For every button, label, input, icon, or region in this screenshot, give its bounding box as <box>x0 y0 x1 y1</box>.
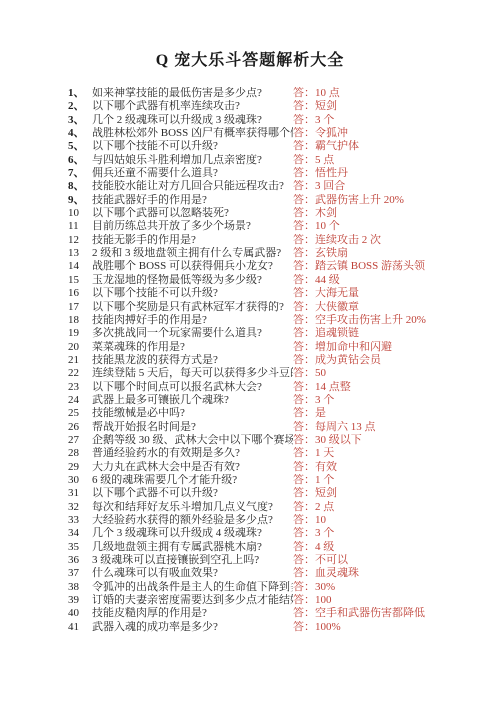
qa-answer: 答：空手和武器伤害都降低 <box>293 607 425 620</box>
qa-answer: 答：2 点 <box>293 501 334 514</box>
qa-number: 14 <box>68 260 92 273</box>
qa-row: 35 几级地盘领主拥有专属武器桃木扇? 答：4 级 <box>68 541 480 554</box>
answer-prefix: 答： <box>293 341 315 353</box>
qa-answer: 答：霸气护体 <box>293 140 359 153</box>
qa-question: 6 级的魂珠需要几个才能升级? <box>92 474 293 487</box>
answer-value: 悟性丹 <box>315 167 348 179</box>
answer-prefix: 答： <box>293 274 315 286</box>
qa-question: 以下哪个技能不可以升级? <box>92 140 293 153</box>
answer-prefix: 答： <box>293 260 315 272</box>
qa-answer: 答：30 级以下 <box>293 434 362 447</box>
qa-answer: 答：大海无量 <box>293 287 359 300</box>
qa-row: 17 以下哪个奖励是只有武林冠军才获得的? 答：大侠徽章 <box>68 301 480 314</box>
qa-answer: 答：玄铁扇 <box>293 247 348 260</box>
qa-number: 37 <box>68 567 92 580</box>
qa-number: 10 <box>68 207 92 220</box>
qa-question: 战胜哪个 BOSS 可以获得佣兵小龙女? <box>92 260 293 273</box>
qa-row: 15 玉龙湿地的怪物最低等级为多少级? 答：44 级 <box>68 274 480 287</box>
qa-answer: 答：踏云镇 BOSS 游荡头领 <box>293 260 425 273</box>
qa-question: 以下哪个武器有机率连续攻击? <box>92 100 293 113</box>
answer-prefix: 答： <box>293 607 315 619</box>
qa-question: 以下哪个武器可以忽略装死? <box>92 207 293 220</box>
qa-answer: 答：1 天 <box>293 447 334 460</box>
qa-row: 40 技能皮糙肉厚的作用是? 答：空手和武器伤害都降低 <box>68 607 480 620</box>
answer-prefix: 答： <box>293 207 315 219</box>
qa-row: 8、 技能胶水能让对方几回合只能远程攻击? 答：3 回合 <box>68 180 480 193</box>
qa-question: 以下哪个时间点可以报名武林大会? <box>92 381 293 394</box>
answer-prefix: 答： <box>293 354 315 366</box>
qa-question: 连续登陆 5 天后，每天可以获得多少斗豆的奖励? <box>92 367 293 380</box>
answer-value: 30% <box>315 581 335 593</box>
qa-question: 技能黑龙波的获得方式是? <box>92 354 293 367</box>
qa-question: 令狐冲的出战条件是主人的生命值下降到多少以 <box>92 581 293 594</box>
answer-value: 短剑 <box>315 487 337 499</box>
answer-value: 1 天 <box>315 447 334 459</box>
qa-answer: 答：连续攻击 2 次 <box>293 234 381 247</box>
qa-row: 38 令狐冲的出战条件是主人的生命值下降到多少以 答：30% <box>68 581 480 594</box>
answer-value: 3 回合 <box>315 180 345 192</box>
qa-answer: 答：3 回合 <box>293 180 345 193</box>
qa-answer: 答：血灵魂珠 <box>293 567 359 580</box>
answer-value: 血灵魂珠 <box>315 567 359 579</box>
answer-value: 玄铁扇 <box>315 247 348 259</box>
qa-row: 26 帮战开始报名时间是? 答：每周六 13 点 <box>68 421 480 434</box>
answer-prefix: 答： <box>293 461 315 473</box>
qa-question: 以下哪个武器不可以升级? <box>92 487 293 500</box>
answer-prefix: 答： <box>293 447 315 459</box>
qa-question: 战胜林松郊外 BOSS 凶尸有概率获得哪个佣兵? <box>92 127 293 140</box>
qa-row: 31 以下哪个武器不可以升级? 答：短剑 <box>68 487 480 500</box>
qa-row: 39 订婚的夫妻亲密度需要达到多少点才能结婚? 答：100 <box>68 594 480 607</box>
qa-answer: 答：令狐冲 <box>293 127 348 140</box>
qa-question: 武器入魂的成功率是多少? <box>92 621 293 634</box>
qa-answer: 答：50 <box>293 367 326 380</box>
qa-answer: 答：大侠徽章 <box>293 301 359 314</box>
qa-answer: 答：追魂锁链 <box>293 327 359 340</box>
qa-row: 7、 佣兵还童不需要什么道具? 答：悟性丹 <box>68 167 480 180</box>
qa-question: 订婚的夫妻亲密度需要达到多少点才能结婚? <box>92 594 293 607</box>
answer-value: 3 个 <box>315 114 334 126</box>
qa-question: 菜菜魂珠的作用是? <box>92 341 293 354</box>
qa-question: 普通经验药水的有效期是多久? <box>92 447 293 460</box>
answer-value: 2 点 <box>315 501 334 513</box>
answer-value: 有效 <box>315 461 337 473</box>
qa-question: 帮战开始报名时间是? <box>92 421 293 434</box>
answer-value: 空手和武器伤害都降低 <box>315 607 425 619</box>
qa-question: 技能肉搏好手的作用是? <box>92 314 293 327</box>
qa-question: 武器上最多可镶嵌几个魂珠? <box>92 394 293 407</box>
answer-prefix: 答： <box>293 621 315 633</box>
qa-row: 37 什么魂珠可以有吸血效果? 答：血灵魂珠 <box>68 567 480 580</box>
answer-prefix: 答： <box>293 114 315 126</box>
qa-question: 以下哪个奖励是只有武林冠军才获得的? <box>92 301 293 314</box>
qa-question: 什么魂珠可以有吸血效果? <box>92 567 293 580</box>
qa-number: 34 <box>68 527 92 540</box>
qa-number: 11 <box>68 220 92 233</box>
qa-row: 10 以下哪个武器可以忽略装死? 答：木剑 <box>68 207 480 220</box>
answer-prefix: 答： <box>293 247 315 259</box>
qa-number: 28 <box>68 447 92 460</box>
qa-answer: 答：不可以 <box>293 554 348 567</box>
answer-prefix: 答： <box>293 154 315 166</box>
qa-row: 14 战胜哪个 BOSS 可以获得佣兵小龙女? 答：踏云镇 BOSS 游荡头领 <box>68 260 480 273</box>
qa-question: 技能武器好手的作用是? <box>92 194 293 207</box>
answer-prefix: 答： <box>293 301 315 313</box>
qa-question: 技能胶水能让对方几回合只能远程攻击? <box>92 180 293 193</box>
answer-prefix: 答： <box>293 434 315 446</box>
qa-row: 27 企鹅等级 30 级、武林大会中以下哪个赛场不能报名 答：30 级以下 <box>68 434 480 447</box>
answer-value: 成为黄钻会员 <box>315 354 381 366</box>
answer-prefix: 答： <box>293 234 315 246</box>
qa-number: 4、 <box>68 127 92 140</box>
answer-value: 令狐冲 <box>315 127 348 139</box>
qa-number: 15 <box>68 274 92 287</box>
qa-question: 大力丸在武林大会中是否有效? <box>92 461 293 474</box>
qa-question: 如来神掌技能的最低伤害是多少点? <box>92 87 293 100</box>
qa-answer: 答：悟性丹 <box>293 167 348 180</box>
qa-row: 22 连续登陆 5 天后，每天可以获得多少斗豆的奖励? 答：50 <box>68 367 480 380</box>
answer-value: 不可以 <box>315 554 348 566</box>
qa-number: 36 <box>68 554 92 567</box>
qa-question: 几个 3 级魂珠可以升级成 4 级魂珠? <box>92 527 293 540</box>
qa-number: 30 <box>68 474 92 487</box>
qa-answer: 答：100% <box>293 621 341 634</box>
qa-number: 18 <box>68 314 92 327</box>
answer-value: 4 级 <box>315 541 334 553</box>
qa-number: 27 <box>68 434 92 447</box>
qa-row: 13 2 级和 3 级地盘领主拥有什么专属武器? 答：玄铁扇 <box>68 247 480 260</box>
answer-prefix: 答： <box>293 394 315 406</box>
qa-number: 3、 <box>68 114 92 127</box>
qa-answer: 答：14 点整 <box>293 381 351 394</box>
qa-row: 30 6 级的魂珠需要几个才能升级? 答：1 个 <box>68 474 480 487</box>
qa-row: 36 3 级魂珠可以直接镶嵌到空孔上吗? 答：不可以 <box>68 554 480 567</box>
answer-value: 空手攻击伤害上升 20% <box>315 314 426 326</box>
answer-value: 50 <box>315 367 326 379</box>
answer-value: 100 <box>315 594 332 606</box>
answer-prefix: 答： <box>293 474 315 486</box>
qa-row: 11 目前历练总共开放了多少个场景? 答：10 个 <box>68 220 480 233</box>
answer-value: 连续攻击 2 次 <box>315 234 381 246</box>
qa-number: 8、 <box>68 180 92 193</box>
qa-number: 41 <box>68 621 92 634</box>
answer-prefix: 答： <box>293 314 315 326</box>
qa-question: 2 级和 3 级地盘领主拥有什么专属武器? <box>92 247 293 260</box>
qa-answer: 答：成为黄钻会员 <box>293 354 381 367</box>
qa-number: 26 <box>68 421 92 434</box>
qa-number: 24 <box>68 394 92 407</box>
answer-prefix: 答： <box>293 220 315 232</box>
qa-question: 玉龙湿地的怪物最低等级为多少级? <box>92 274 293 287</box>
qa-question: 企鹅等级 30 级、武林大会中以下哪个赛场不能报名 <box>92 434 293 447</box>
qa-row: 6、 与四姑娘乐斗胜利增加几点亲密度? 答：5 点 <box>68 154 480 167</box>
answer-prefix: 答： <box>293 287 315 299</box>
qa-row: 34 几个 3 级魂珠可以升级成 4 级魂珠? 答：3 个 <box>68 527 480 540</box>
qa-question: 技能缴械是必中吗? <box>92 407 293 420</box>
answer-value: 短剑 <box>315 100 337 112</box>
answer-value: 10 个 <box>315 220 340 232</box>
answer-prefix: 答： <box>293 421 315 433</box>
qa-answer: 答：有效 <box>293 461 337 474</box>
qa-question: 技能皮糙肉厚的作用是? <box>92 607 293 620</box>
qa-row: 3、 几个 2 级魂珠可以升级成 3 级魂珠? 答：3 个 <box>68 114 480 127</box>
qa-number: 16 <box>68 287 92 300</box>
answer-value: 3 个 <box>315 527 334 539</box>
answer-prefix: 答： <box>293 100 315 112</box>
qa-row: 5、 以下哪个技能不可以升级? 答：霸气护体 <box>68 140 480 153</box>
answer-value: 是 <box>315 407 326 419</box>
qa-question: 多次挑战同一个玩家需要什么道具? <box>92 327 293 340</box>
qa-row: 20 菜菜魂珠的作用是? 答：增加命中和闪避 <box>68 341 480 354</box>
qa-row: 33 大经验药水获得的额外经验是多少点? 答：10 <box>68 514 480 527</box>
answer-value: 每周六 13 点 <box>315 421 376 433</box>
qa-answer: 答：1 个 <box>293 474 334 487</box>
qa-row: 23 以下哪个时间点可以报名武林大会? 答：14 点整 <box>68 381 480 394</box>
qa-row: 24 武器上最多可镶嵌几个魂珠? 答：3 个 <box>68 394 480 407</box>
qa-answer: 答：3 个 <box>293 114 334 127</box>
page-title: Q 宠大乐斗答题解析大全 <box>0 52 500 70</box>
qa-row: 29 大力丸在武林大会中是否有效? 答：有效 <box>68 461 480 474</box>
answer-prefix: 答： <box>293 487 315 499</box>
answer-prefix: 答： <box>293 194 315 206</box>
qa-number: 7、 <box>68 167 92 180</box>
answer-prefix: 答： <box>293 167 315 179</box>
answer-prefix: 答： <box>293 541 315 553</box>
answer-value: 44 级 <box>315 274 340 286</box>
answer-prefix: 答： <box>293 567 315 579</box>
answer-value: 木剑 <box>315 207 337 219</box>
qa-row: 9、 技能武器好手的作用是? 答：武器伤害上升 20% <box>68 194 480 207</box>
qa-answer: 答：短剑 <box>293 487 337 500</box>
qa-answer: 答：空手攻击伤害上升 20% <box>293 314 426 327</box>
qa-number: 31 <box>68 487 92 500</box>
answer-prefix: 答： <box>293 407 315 419</box>
qa-number: 9、 <box>68 194 92 207</box>
answer-prefix: 答： <box>293 367 315 379</box>
qa-number: 20 <box>68 341 92 354</box>
qa-number: 23 <box>68 381 92 394</box>
qa-answer: 答：30% <box>293 581 335 594</box>
qa-number: 40 <box>68 607 92 620</box>
qa-row: 21 技能黑龙波的获得方式是? 答：成为黄钻会员 <box>68 354 480 367</box>
qa-number: 29 <box>68 461 92 474</box>
qa-answer: 答：10 个 <box>293 220 340 233</box>
qa-question: 佣兵还童不需要什么道具? <box>92 167 293 180</box>
answer-value: 大海无量 <box>315 287 359 299</box>
answer-value: 3 个 <box>315 394 334 406</box>
qa-row: 2、 以下哪个武器有机率连续攻击? 答：短剑 <box>68 100 480 113</box>
answer-value: 14 点整 <box>315 381 351 393</box>
qa-answer: 答：木剑 <box>293 207 337 220</box>
answer-value: 霸气护体 <box>315 140 359 152</box>
answer-value: 10 点 <box>315 87 340 99</box>
qa-answer: 答：10 <box>293 514 326 527</box>
answer-prefix: 答： <box>293 514 315 526</box>
qa-number: 38 <box>68 581 92 594</box>
qa-question: 几个 2 级魂珠可以升级成 3 级魂珠? <box>92 114 293 127</box>
qa-number: 33 <box>68 514 92 527</box>
answer-value: 1 个 <box>315 474 334 486</box>
qa-answer: 答：10 点 <box>293 87 340 100</box>
qa-row: 18 技能肉搏好手的作用是? 答：空手攻击伤害上升 20% <box>68 314 480 327</box>
qa-question: 与四姑娘乐斗胜利增加几点亲密度? <box>92 154 293 167</box>
qa-question: 几级地盘领主拥有专属武器桃木扇? <box>92 541 293 554</box>
answer-prefix: 答： <box>293 527 315 539</box>
qa-answer: 答：100 <box>293 594 332 607</box>
qa-answer: 答：44 级 <box>293 274 340 287</box>
qa-answer: 答：4 级 <box>293 541 334 554</box>
qa-row: 4、 战胜林松郊外 BOSS 凶尸有概率获得哪个佣兵? 答：令狐冲 <box>68 127 480 140</box>
qa-question: 大经验药水获得的额外经验是多少点? <box>92 514 293 527</box>
answer-value: 10 <box>315 514 326 526</box>
qa-row: 32 每次和结拜好友乐斗增加几点义气度? 答：2 点 <box>68 501 480 514</box>
answer-prefix: 答： <box>293 327 315 339</box>
qa-question: 以下哪个技能不可以升级? <box>92 287 293 300</box>
document-page: Q 宠大乐斗答题解析大全 1、 如来神掌技能的最低伤害是多少点? 答：10 点 … <box>0 0 500 707</box>
qa-question: 每次和结拜好友乐斗增加几点义气度? <box>92 501 293 514</box>
answer-prefix: 答： <box>293 127 315 139</box>
qa-number: 35 <box>68 541 92 554</box>
answer-value: 100% <box>315 621 341 633</box>
qa-row: 19 多次挑战同一个玩家需要什么道具? 答：追魂锁链 <box>68 327 480 340</box>
answer-value: 踏云镇 BOSS 游荡头领 <box>315 260 425 272</box>
qa-number: 21 <box>68 354 92 367</box>
answer-value: 武器伤害上升 20% <box>315 194 404 206</box>
qa-number: 25 <box>68 407 92 420</box>
qa-answer: 答：短剑 <box>293 100 337 113</box>
qa-row: 41 武器入魂的成功率是多少? 答：100% <box>68 621 480 634</box>
qa-question: 3 级魂珠可以直接镶嵌到空孔上吗? <box>92 554 293 567</box>
answer-prefix: 答： <box>293 554 315 566</box>
qa-list: 1、 如来神掌技能的最低伤害是多少点? 答：10 点 2、 以下哪个武器有机率连… <box>0 87 500 634</box>
answer-value: 大侠徽章 <box>315 301 359 313</box>
answer-value: 追魂锁链 <box>315 327 359 339</box>
answer-value: 5 点 <box>315 154 334 166</box>
answer-value: 增加命中和闪避 <box>315 341 392 353</box>
qa-row: 1、 如来神掌技能的最低伤害是多少点? 答：10 点 <box>68 87 480 100</box>
qa-number: 5、 <box>68 140 92 153</box>
qa-number: 19 <box>68 327 92 340</box>
answer-value: 30 级以下 <box>315 434 362 446</box>
qa-answer: 答：3 个 <box>293 527 334 540</box>
qa-number: 1、 <box>68 87 92 100</box>
qa-row: 12 技能无影手的作用是? 答：连续攻击 2 次 <box>68 234 480 247</box>
answer-prefix: 答： <box>293 501 315 513</box>
qa-number: 13 <box>68 247 92 260</box>
qa-row: 25 技能缴械是必中吗? 答：是 <box>68 407 480 420</box>
qa-number: 17 <box>68 301 92 314</box>
answer-prefix: 答： <box>293 594 315 606</box>
qa-answer: 答：增加命中和闪避 <box>293 341 392 354</box>
answer-prefix: 答： <box>293 381 315 393</box>
qa-question: 目前历练总共开放了多少个场景? <box>92 220 293 233</box>
answer-prefix: 答： <box>293 87 315 99</box>
answer-prefix: 答： <box>293 140 315 152</box>
qa-question: 技能无影手的作用是? <box>92 234 293 247</box>
qa-answer: 答：3 个 <box>293 394 334 407</box>
answer-prefix: 答： <box>293 180 315 192</box>
qa-number: 39 <box>68 594 92 607</box>
qa-row: 28 普通经验药水的有效期是多久? 答：1 天 <box>68 447 480 460</box>
qa-answer: 答：5 点 <box>293 154 334 167</box>
qa-answer: 答：武器伤害上升 20% <box>293 194 404 207</box>
qa-number: 6、 <box>68 154 92 167</box>
qa-row: 16 以下哪个技能不可以升级? 答：大海无量 <box>68 287 480 300</box>
qa-answer: 答：是 <box>293 407 326 420</box>
qa-number: 32 <box>68 501 92 514</box>
qa-number: 22 <box>68 367 92 380</box>
qa-answer: 答：每周六 13 点 <box>293 421 376 434</box>
qa-number: 2、 <box>68 100 92 113</box>
qa-number: 12 <box>68 234 92 247</box>
answer-prefix: 答： <box>293 581 315 593</box>
